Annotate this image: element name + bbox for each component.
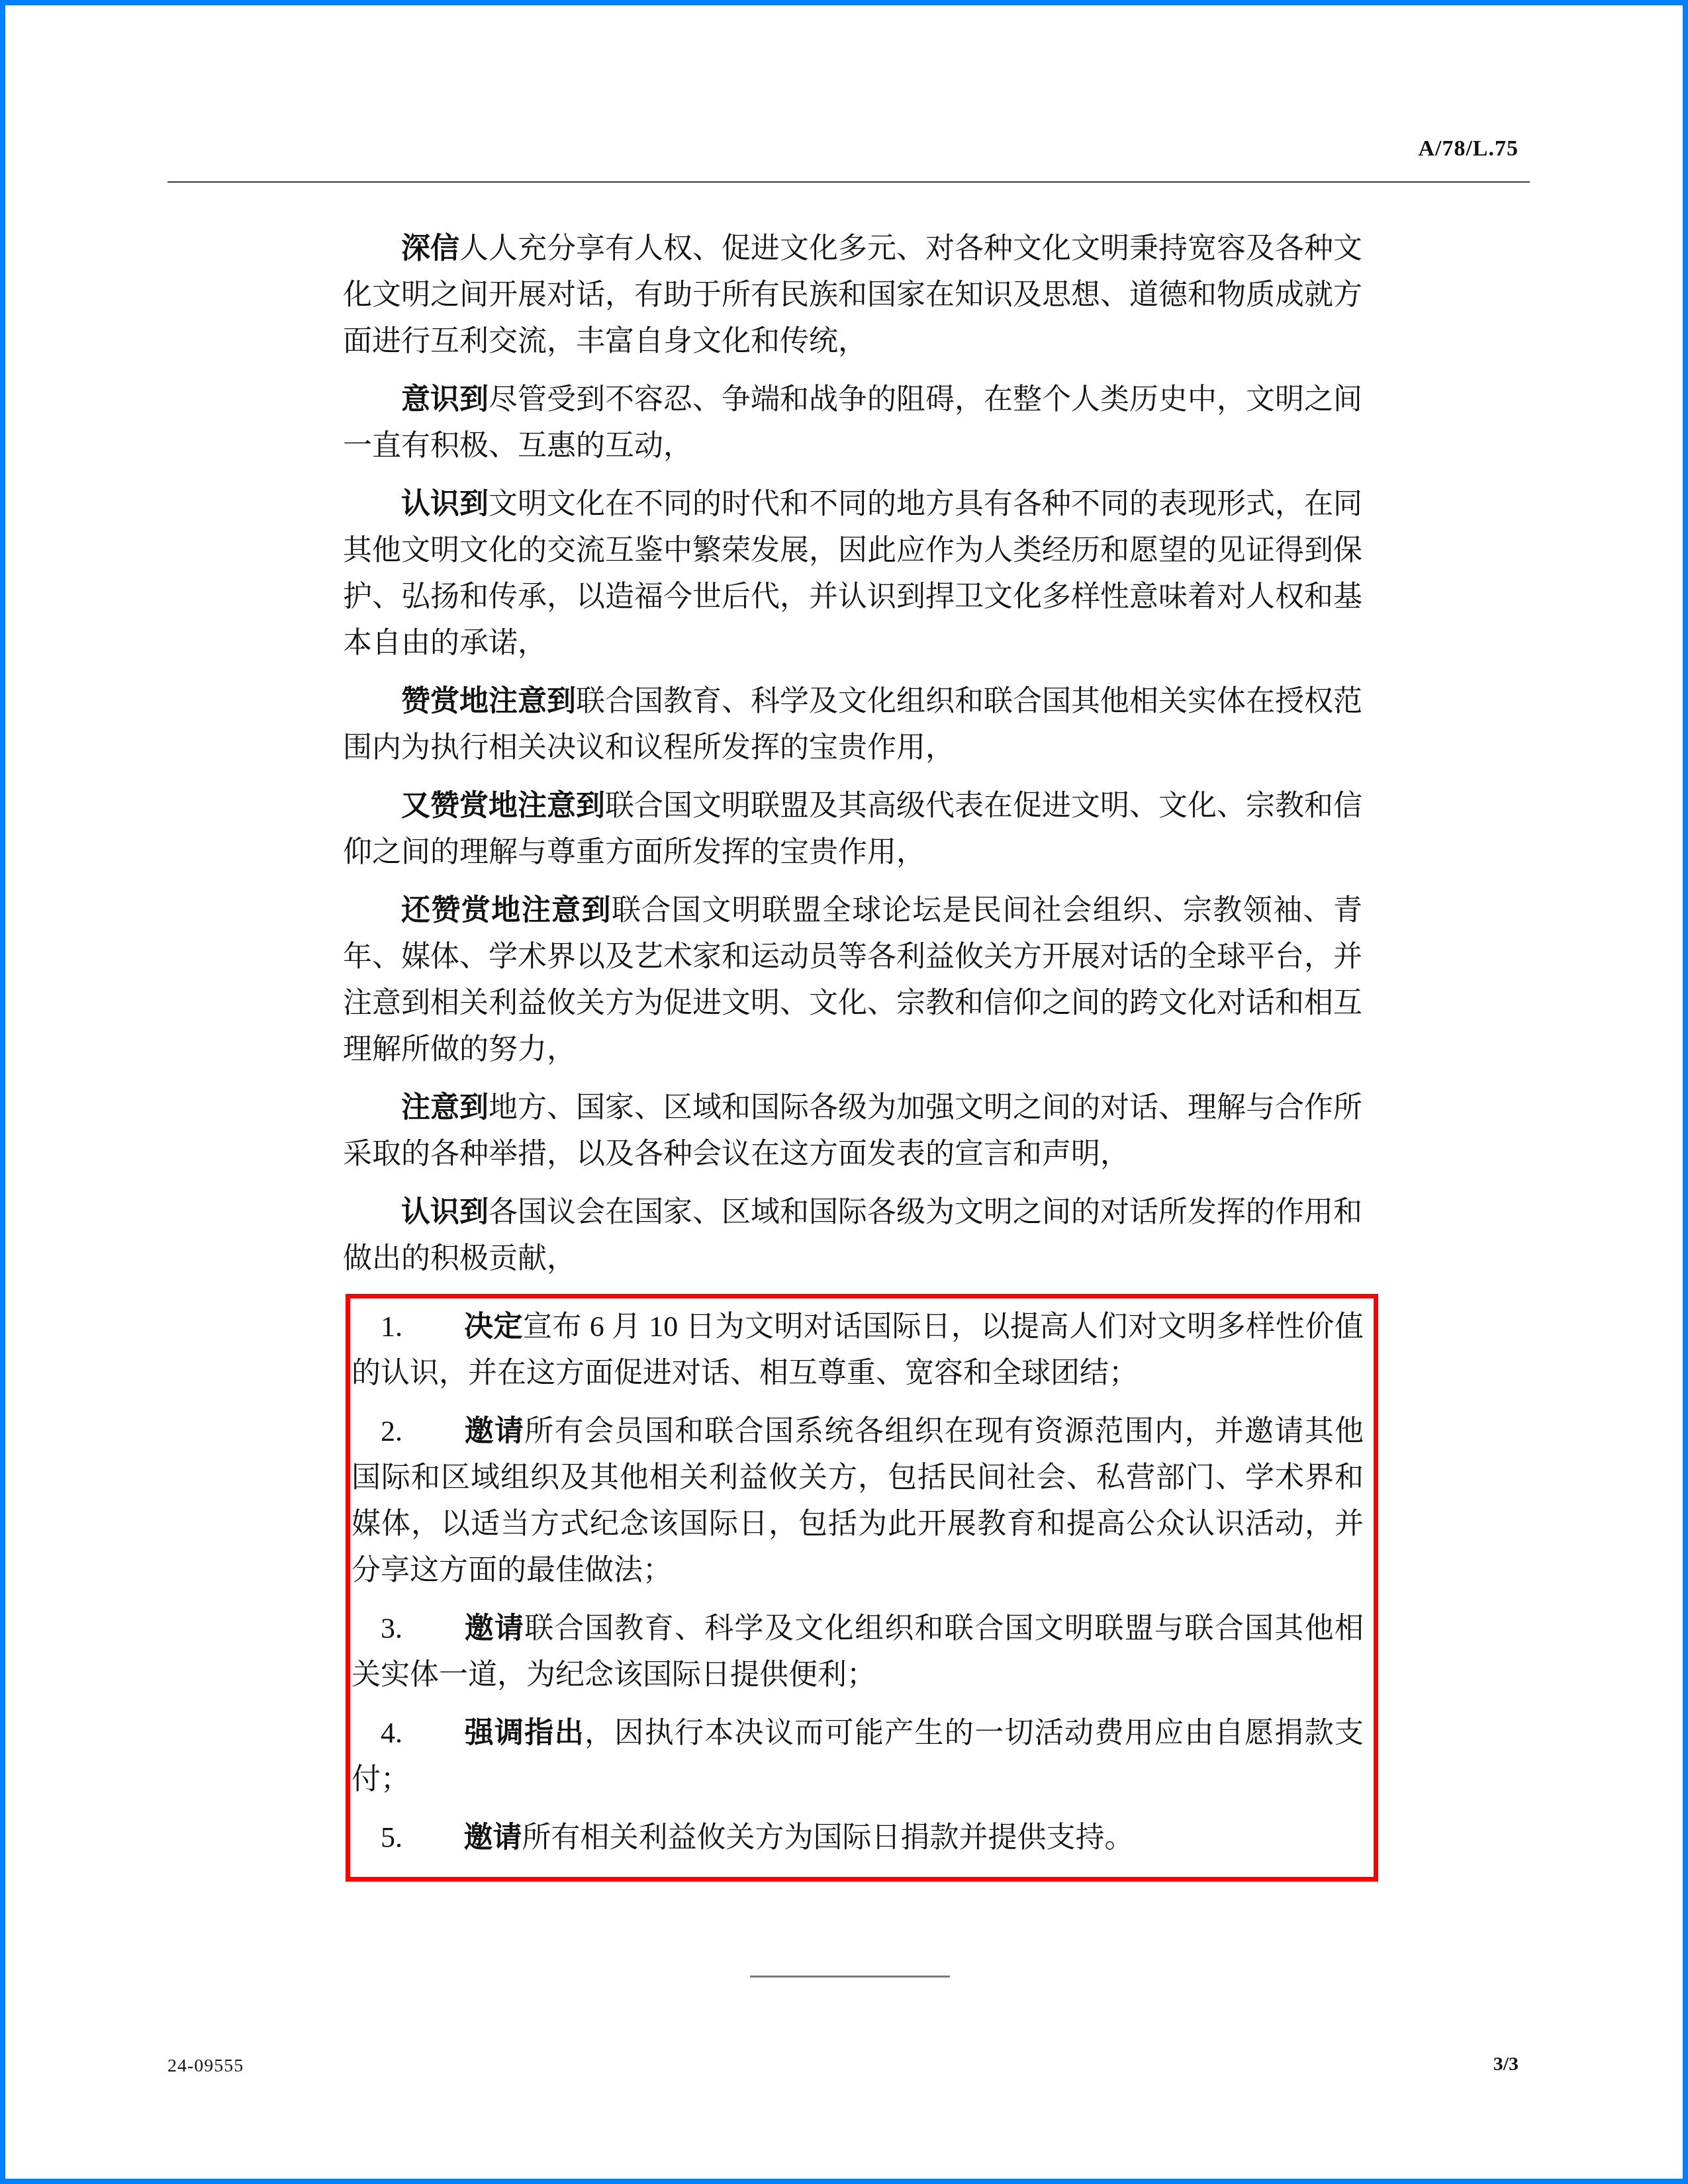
item-lead: 强调指出 (463, 1717, 585, 1749)
preamble-paragraph: 深信人人充分享有人权、促进文化多元、对各种文化文明秉持宽容及各种文化文明之间开展… (343, 226, 1362, 365)
preamble-paragraph: 还赞赏地注意到联合国文明联盟全球论坛是民间社会组织、宗教领袖、青年、媒体、学术界… (343, 887, 1362, 1073)
item-text: 所有相关利益攸关方为国际日捐款并提供支持。 (522, 1821, 1133, 1854)
paragraph-lead: 意识到 (401, 383, 489, 416)
paragraph-lead: 还赞赏地注意到 (401, 894, 612, 927)
operative-paragraph: 1.决定宣布 6 月 10 日为文明对话国际日，以提高人们对文明多样性价值的认识… (352, 1304, 1364, 1396)
paragraph-text: 文明文化在不同的时代和不同的地方具有各种不同的表现形式，在同其他文明文化的交流互… (343, 488, 1362, 659)
footer-job-number: 24-09555 (167, 2056, 244, 2077)
operative-paragraph: 3.邀请联合国教育、科学及文化组织和联合国文明联盟与联合国其他相关实体一道，为纪… (352, 1606, 1364, 1698)
paragraph-lead: 赞赏地注意到 (401, 685, 576, 717)
paragraph-lead: 认识到 (401, 488, 489, 520)
operative-paragraph: 4.强调指出，因执行本决议而可能产生的一切活动费用应由自愿捐款支付； (352, 1710, 1364, 1803)
preamble-paragraph: 认识到各国议会在国家、区域和国际各级为文明之间的对话所发挥的作用和做出的积极贡献… (343, 1189, 1362, 1282)
item-number: 4. (381, 1717, 402, 1749)
preamble-paragraph: 注意到地方、国家、区域和国际各级为加强文明之间的对话、理解与合作所采取的各种举措… (343, 1085, 1362, 1177)
preamble-paragraph: 赞赏地注意到联合国教育、科学及文化组织和联合国其他相关实体在授权范围内为执行相关… (343, 678, 1362, 771)
document-page: A/78/L.75 深信人人充分享有人权、促进文化多元、对各种文化文明秉持宽容及… (0, 0, 1688, 2184)
item-number: 2. (381, 1415, 402, 1447)
operative-paragraph: 5.邀请所有相关利益攸关方为国际日捐款并提供支持。 (352, 1815, 1364, 1861)
item-lead: 邀请 (463, 1612, 524, 1645)
preamble-paragraph: 意识到尽管受到不容忍、争端和战争的阻碍，在整个人类历史中，文明之间一直有积极、互… (343, 377, 1362, 469)
paragraph-lead: 注意到 (401, 1091, 489, 1124)
item-lead: 决定 (463, 1310, 523, 1343)
paragraph-text: 地方、国家、区域和国际各级为加强文明之间的对话、理解与合作所采取的各种举措，以及… (343, 1091, 1362, 1170)
item-lead: 邀请 (463, 1821, 522, 1854)
document-symbol: A/78/L.75 (1418, 136, 1519, 161)
highlight-box: 1.决定宣布 6 月 10 日为文明对话国际日，以提高人们对文明多样性价值的认识… (346, 1294, 1378, 1882)
paragraph-text: 尽管受到不容忍、争端和战争的阻碍，在整个人类历史中，文明之间一直有积极、互惠的互… (343, 383, 1362, 462)
preamble-paragraph: 又赞赏地注意到联合国文明联盟及其高级代表在促进文明、文化、宗教和信仰之间的理解与… (343, 783, 1362, 876)
item-lead: 邀请 (463, 1415, 524, 1447)
paragraph-lead: 又赞赏地注意到 (401, 790, 605, 822)
footnote-separator (750, 1976, 950, 1978)
document-body: 深信人人充分享有人权、促进文化多元、对各种文化文明秉持宽容及各种文化文明之间开展… (343, 226, 1362, 1882)
operative-paragraph: 2.邀请所有会员国和联合国系统各组织在现有资源范围内，并邀请其他国际和区域组织及… (352, 1408, 1364, 1594)
item-number: 5. (381, 1821, 402, 1854)
preamble-paragraph: 认识到文明文化在不同的时代和不同的地方具有各种不同的表现形式，在同其他文明文化的… (343, 481, 1362, 666)
paragraph-text: 各国议会在国家、区域和国际各级为文明之间的对话所发挥的作用和做出的积极贡献， (343, 1196, 1362, 1275)
header-rule (167, 181, 1530, 183)
paragraph-text: 人人充分享有人权、促进文化多元、对各种文化文明秉持宽容及各种文化文明之间开展对话… (343, 232, 1362, 357)
paragraph-lead: 认识到 (401, 1196, 489, 1228)
footer-page-indicator: 3/3 (1493, 2053, 1519, 2075)
paragraph-lead: 深信 (401, 232, 459, 265)
item-number: 1. (381, 1310, 402, 1343)
item-number: 3. (381, 1612, 402, 1645)
